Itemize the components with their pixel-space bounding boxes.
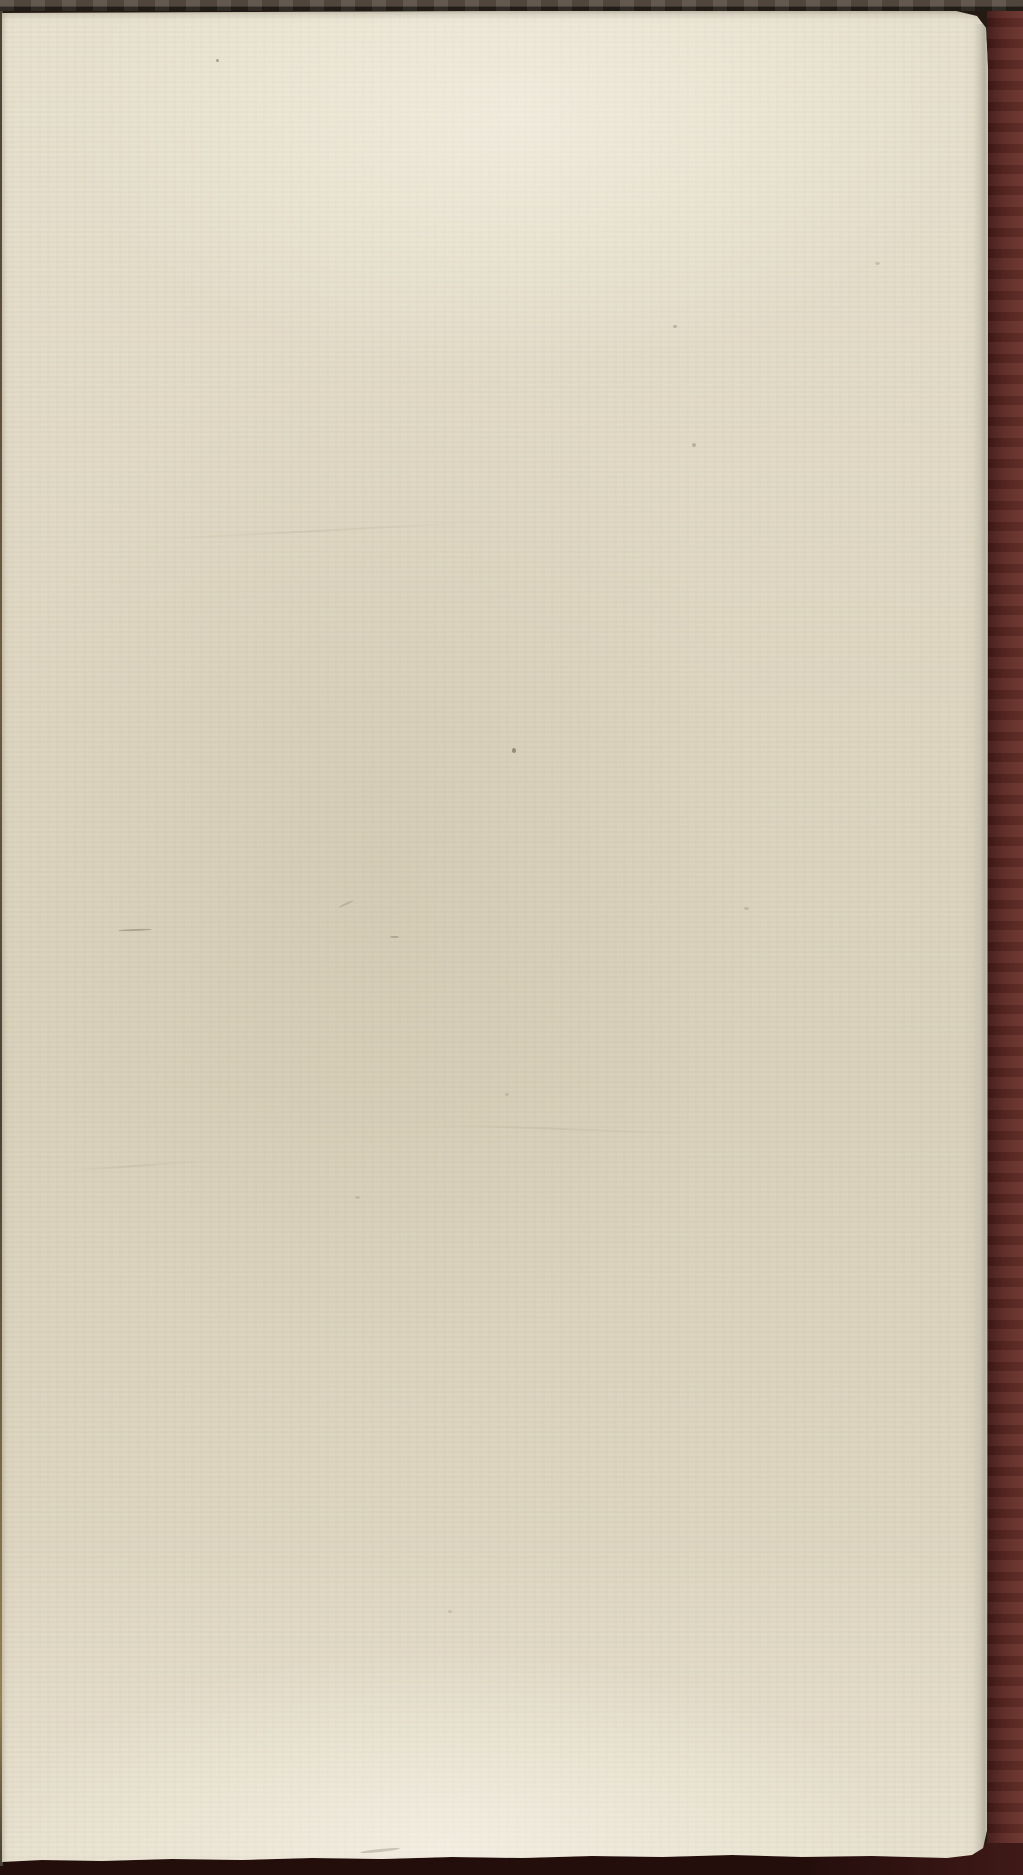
paper-crease bbox=[60, 1160, 210, 1172]
paper-speck bbox=[692, 443, 696, 447]
paper-speck bbox=[355, 1196, 360, 1199]
paper-speck bbox=[744, 907, 749, 910]
paper-speck bbox=[118, 928, 152, 931]
book-scan bbox=[0, 0, 1023, 1875]
paper-specks bbox=[0, 0, 1023, 1875]
paper-crease bbox=[430, 1123, 690, 1134]
paper-speck bbox=[505, 1093, 509, 1096]
paper-speck bbox=[338, 900, 353, 909]
paper-speck bbox=[360, 1847, 400, 1854]
paper-speck bbox=[875, 262, 880, 265]
paper-speck bbox=[673, 325, 677, 328]
paper-speck bbox=[216, 59, 219, 62]
paper-crease bbox=[150, 521, 480, 540]
paper-speck bbox=[390, 936, 399, 938]
paper-speck bbox=[512, 748, 516, 753]
paper-speck bbox=[448, 1610, 452, 1613]
book-top-edge bbox=[0, 0, 1023, 11]
